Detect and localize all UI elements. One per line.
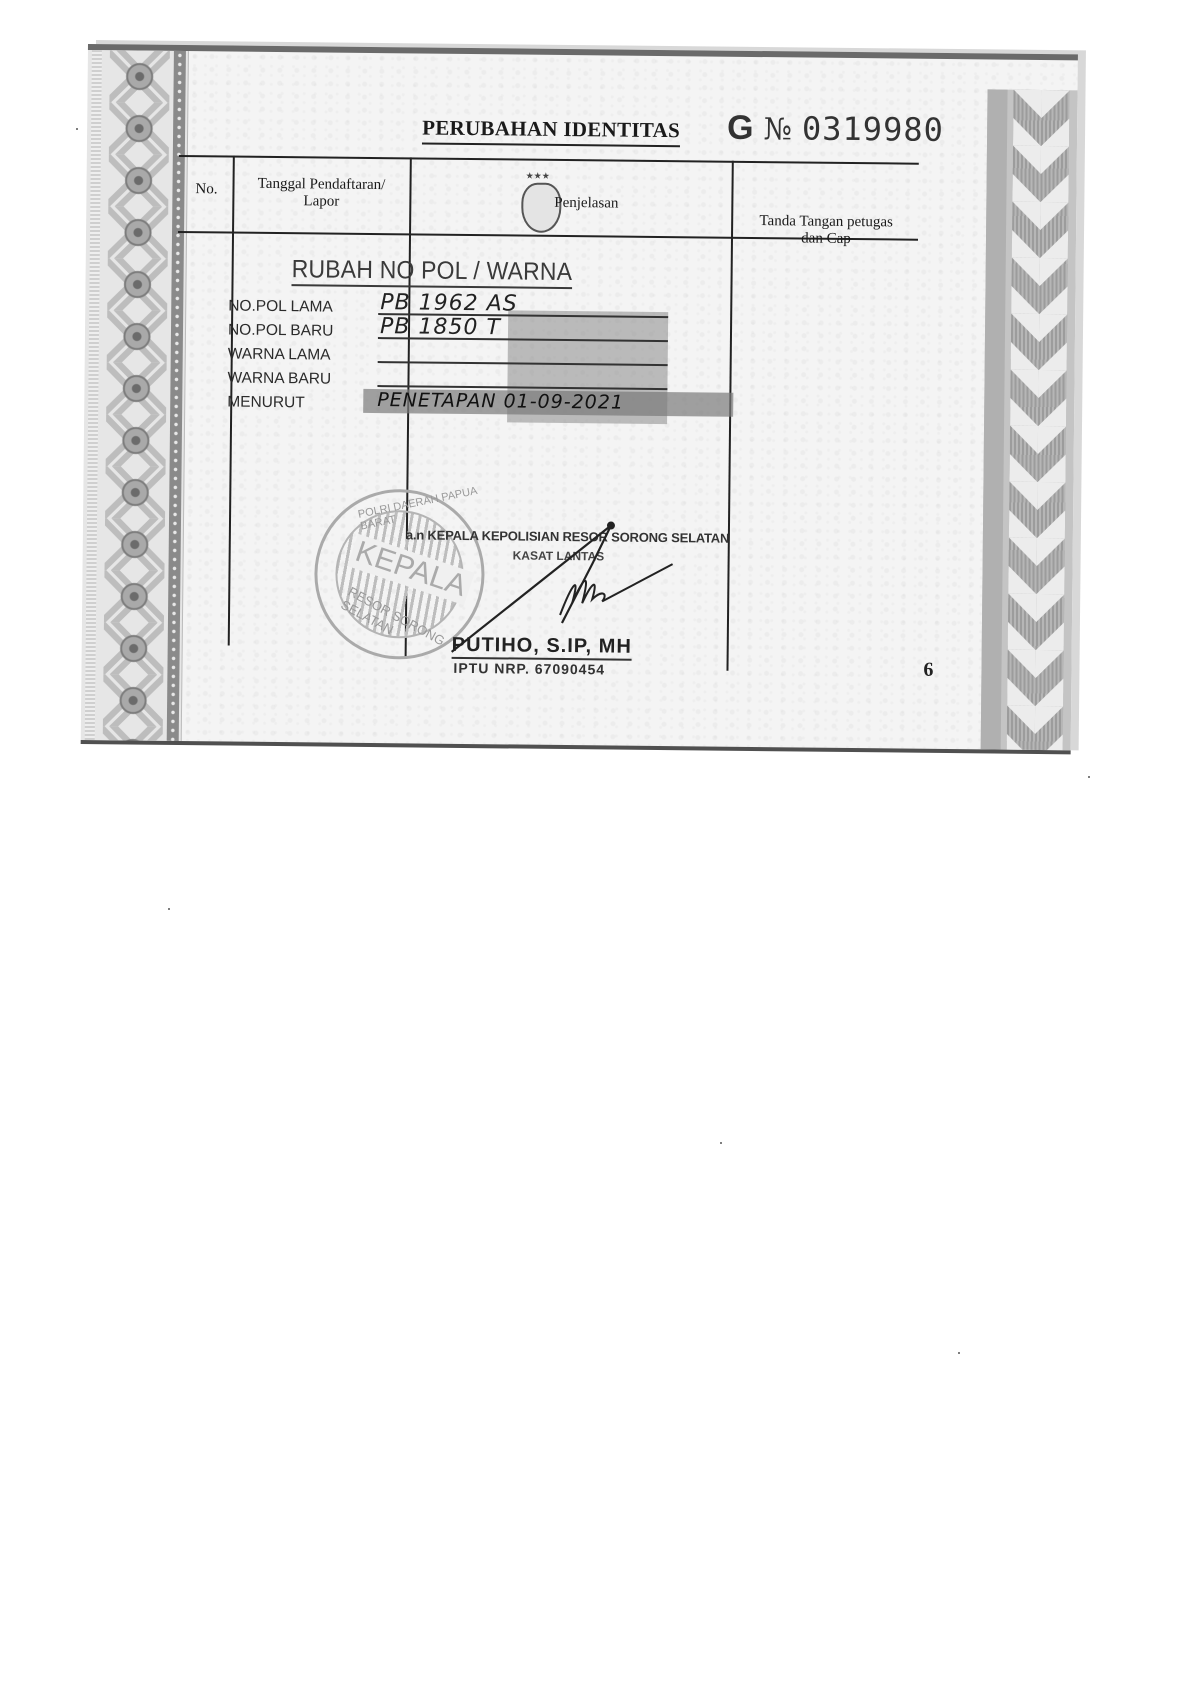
border-stripe <box>981 89 1008 749</box>
speck <box>76 128 78 130</box>
left-ornamental-border <box>81 50 189 741</box>
header-tanda-tangan: Tanda Tangan petugas dan Cap <box>736 213 916 249</box>
border-strip <box>85 50 102 740</box>
field-value: PENETAPAN 01-09-2021 <box>377 389 624 414</box>
serial-value: 0319980 <box>802 109 944 148</box>
speck <box>720 1142 722 1144</box>
number-sign: № <box>763 112 792 147</box>
signatory-name: PUTIHO, S.IP, MH <box>452 634 632 661</box>
field-label: NO.POL LAMA <box>228 297 368 316</box>
signatory-rank-nrp: IPTU NRP. 67090454 <box>453 660 605 678</box>
header-tanggal-line2: Lapor <box>236 193 406 212</box>
header-no: No. <box>186 181 226 198</box>
serial-series: G <box>727 109 754 148</box>
field-label: WARNA LAMA <box>228 345 368 364</box>
speck <box>168 908 170 910</box>
right-zigzag-border <box>981 89 1078 750</box>
stamp-title: RUBAH NO POL / WARNA <box>291 255 572 289</box>
zigzag-pattern-icon <box>1007 90 1070 751</box>
header-ttd-line1: Tanda Tangan petugas <box>736 213 916 232</box>
document-page: PERUBAHAN IDENTITAS G № 0319980 No. Tang… <box>81 44 1078 754</box>
field-label: WARNA BARU <box>227 369 367 388</box>
field-label: MENURUT <box>227 393 367 412</box>
speck <box>1088 776 1090 778</box>
header-tanggal-line1: Tanggal Pendaftaran/ <box>236 176 406 195</box>
speck <box>958 1352 960 1354</box>
field-menurut: MENURUT PENETAPAN 01-09-2021 <box>227 387 747 416</box>
rosette-pattern-icon <box>103 50 170 741</box>
serial-number: G № 0319980 <box>727 109 944 150</box>
change-stamp: RUBAH NO POL / WARNA NO.POL LAMA PB 1962… <box>227 249 664 418</box>
page-number: 6 <box>923 659 933 682</box>
table-top-rule <box>179 155 919 165</box>
field-value: PB 1962 AS <box>380 290 518 316</box>
header-penjelasan: Penjelasan <box>526 195 646 213</box>
document-title: PERUBAHAN IDENTITAS <box>422 116 680 148</box>
field-value: PB 1850 T <box>380 314 501 340</box>
field-label: NO.POL BARU <box>228 321 368 340</box>
header-ttd-line2: dan Cap <box>736 230 916 249</box>
header-tanggal: Tanggal Pendaftaran/ Lapor <box>236 176 406 212</box>
